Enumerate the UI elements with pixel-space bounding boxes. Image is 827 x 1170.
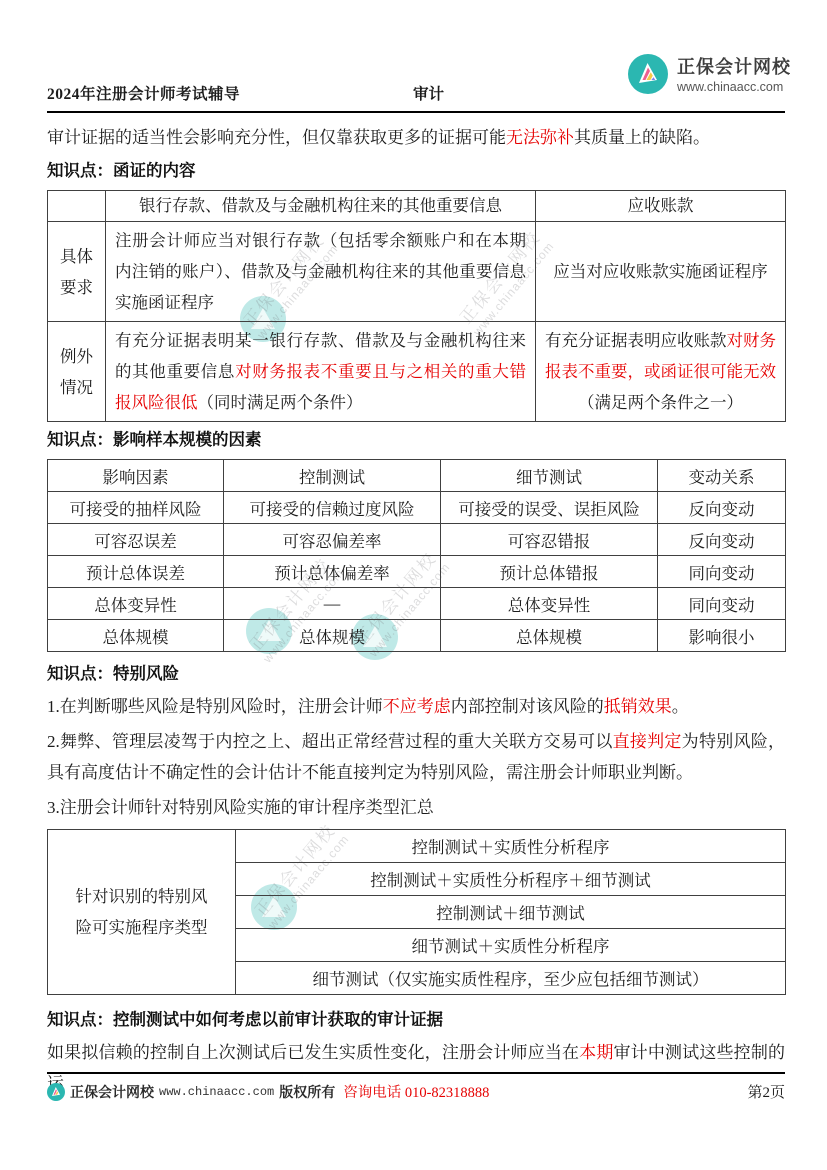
highlight-text: 本期 — [579, 1043, 613, 1062]
table-row: 具体要求 注册会计师应当对银行存款（包括零余额账户和在本期内注销的账户）、借款及… — [48, 222, 786, 322]
table-cell: 反向变动 — [658, 524, 786, 556]
row-label-cell: 针对识别的特别风险可实施程序类型 — [48, 830, 236, 995]
footer-brand-url: www.chinaacc.com — [159, 1085, 274, 1099]
table-cell: 注册会计师应当对银行存款（包括零余额账户和在本期内注销的账户）、借款及与金融机构… — [106, 222, 536, 322]
table-header-cell: 控制测试 — [224, 460, 441, 492]
highlight-text: 直接判定 — [613, 732, 682, 751]
page-number: 第2页 — [747, 1081, 785, 1102]
point-1: 1.在判断哪些风险是特别风险时，注册会计师不应考虑内部控制对该风险的抵销效果。 — [47, 691, 785, 722]
confirmation-table: 银行存款、借款及与金融机构往来的其他重要信息 应收账款 具体要求 注册会计师应当… — [47, 190, 786, 422]
table-cell: 预计总体偏差率 — [224, 556, 441, 588]
table-cell: 同向变动 — [658, 556, 786, 588]
table-cell: 同向变动 — [658, 588, 786, 620]
table-cell: 可接受的抽样风险 — [48, 492, 224, 524]
table-cell: 总体变异性 — [48, 588, 224, 620]
table-row: 可接受的抽样风险 可接受的信赖过度风险 可接受的误受、误拒风险 反向变动 — [48, 492, 786, 524]
table-row: 预计总体误差 预计总体偏差率 预计总体错报 同向变动 — [48, 556, 786, 588]
table-cell: 细节测试＋实质性分析程序 — [236, 929, 786, 962]
table-cell: 可容忍误差 — [48, 524, 224, 556]
table-cell: 细节测试（仅实施实质性程序，至少应包括细节测试） — [236, 962, 786, 995]
table-cell: 有充分证据表明应收账款对财务报表不重要，或函证很可能无效（满足两个条件之一） — [536, 322, 786, 422]
special-risk-procedures-table: 针对识别的特别风险可实施程序类型 控制测试＋实质性分析程序 控制测试＋实质性分析… — [47, 829, 786, 995]
document-page: 正保会计网校 www.chinaacc.com 正保会计网校 www.china… — [0, 0, 827, 1170]
highlight-text: 抵销效果 — [604, 697, 672, 716]
table-cell: 可接受的信赖过度风险 — [224, 492, 441, 524]
table-cell: 总体变异性 — [441, 588, 658, 620]
footer-brand-name: 正保会计网校 — [70, 1082, 154, 1102]
table-header-cell — [48, 191, 106, 222]
table-row: 影响因素 控制测试 细节测试 变动关系 — [48, 460, 786, 492]
table-row: 总体变异性 — 总体变异性 同向变动 — [48, 588, 786, 620]
table-cell: 总体规模 — [441, 620, 658, 652]
table-row: 银行存款、借款及与金融机构往来的其他重要信息 应收账款 — [48, 191, 786, 222]
brand-name: 正保会计网校 — [677, 53, 791, 79]
knowledge-point-heading: 知识点：影响样本规模的因素 — [47, 427, 785, 453]
table-cell: — — [224, 588, 441, 620]
table-cell: 控制测试＋实质性分析程序＋细节测试 — [236, 863, 786, 896]
document-header: 正保会计网校 www.chinaacc.com 2024年注册会计师考试辅导 审… — [47, 0, 785, 113]
intro-paragraph: 审计证据的适当性会影响充分性，但仅靠获取更多的证据可能无法弥补其质量上的缺陷。 — [47, 123, 785, 153]
table-header-cell: 变动关系 — [658, 460, 786, 492]
table-cell: 预计总体误差 — [48, 556, 224, 588]
table-cell: 可接受的误受、误拒风险 — [441, 492, 658, 524]
table-row: 针对识别的特别风险可实施程序类型 控制测试＋实质性分析程序 — [48, 830, 786, 863]
row-label-cell: 具体要求 — [48, 222, 106, 322]
table-header-cell: 银行存款、借款及与金融机构往来的其他重要信息 — [106, 191, 536, 222]
table-row: 总体规模 总体规模 总体规模 影响很小 — [48, 620, 786, 652]
table-cell: 可容忍错报 — [441, 524, 658, 556]
knowledge-point-heading: 知识点：控制测试中如何考虑以前审计获取的审计证据 — [47, 1007, 785, 1033]
table-cell: 可容忍偏差率 — [224, 524, 441, 556]
table-header-cell: 影响因素 — [48, 460, 224, 492]
highlight-text: 不应考虑 — [383, 697, 451, 716]
table-header-cell: 应收账款 — [536, 191, 786, 222]
knowledge-point-heading: 知识点：特别风险 — [47, 661, 785, 687]
table-cell: 应当对应收账款实施函证程序 — [536, 222, 786, 322]
point-2: 2.舞弊、管理层凌驾于内控之上、超出正常经营过程的重大关联方交易可以直接判定为特… — [47, 726, 785, 788]
table-row: 例外情况 有充分证据表明某一银行存款、借款及与金融机构往来的其他重要信息对财务报… — [48, 322, 786, 422]
course-title: 2024年注册会计师考试辅导 — [47, 86, 240, 103]
table-cell: 预计总体错报 — [441, 556, 658, 588]
row-label-cell: 例外情况 — [48, 322, 106, 422]
table-header-cell: 细节测试 — [441, 460, 658, 492]
table-cell: 有充分证据表明某一银行存款、借款及与金融机构往来的其他重要信息对财务报表不重要且… — [106, 322, 536, 422]
table-cell: 控制测试＋细节测试 — [236, 896, 786, 929]
table-cell: 控制测试＋实质性分析程序 — [236, 830, 786, 863]
header-title-row: 2024年注册会计师考试辅导 审计 — [47, 82, 785, 104]
footer-phone: 咨询电话 010-82318888 — [343, 1081, 489, 1102]
table-cell: 总体规模 — [48, 620, 224, 652]
footer-rights: 版权所有 — [279, 1082, 335, 1102]
point-3: 3.注册会计师针对特别风险实施的审计程序类型汇总 — [47, 792, 785, 823]
document-footer: 正保会计网校 www.chinaacc.com 版权所有 咨询电话 010-82… — [47, 1072, 785, 1102]
table-cell: 反向变动 — [658, 492, 786, 524]
table-row: 可容忍误差 可容忍偏差率 可容忍错报 反向变动 — [48, 524, 786, 556]
sample-size-table: 影响因素 控制测试 细节测试 变动关系 可接受的抽样风险 可接受的信赖过度风险 … — [47, 459, 786, 652]
table-cell: 总体规模 — [224, 620, 441, 652]
subject-title: 审计 — [413, 82, 444, 104]
highlight-text: 无法弥补 — [506, 128, 574, 147]
footer-brand-logo-icon — [47, 1083, 65, 1101]
table-cell: 影响很小 — [658, 620, 786, 652]
knowledge-point-heading: 知识点：函证的内容 — [47, 158, 785, 184]
